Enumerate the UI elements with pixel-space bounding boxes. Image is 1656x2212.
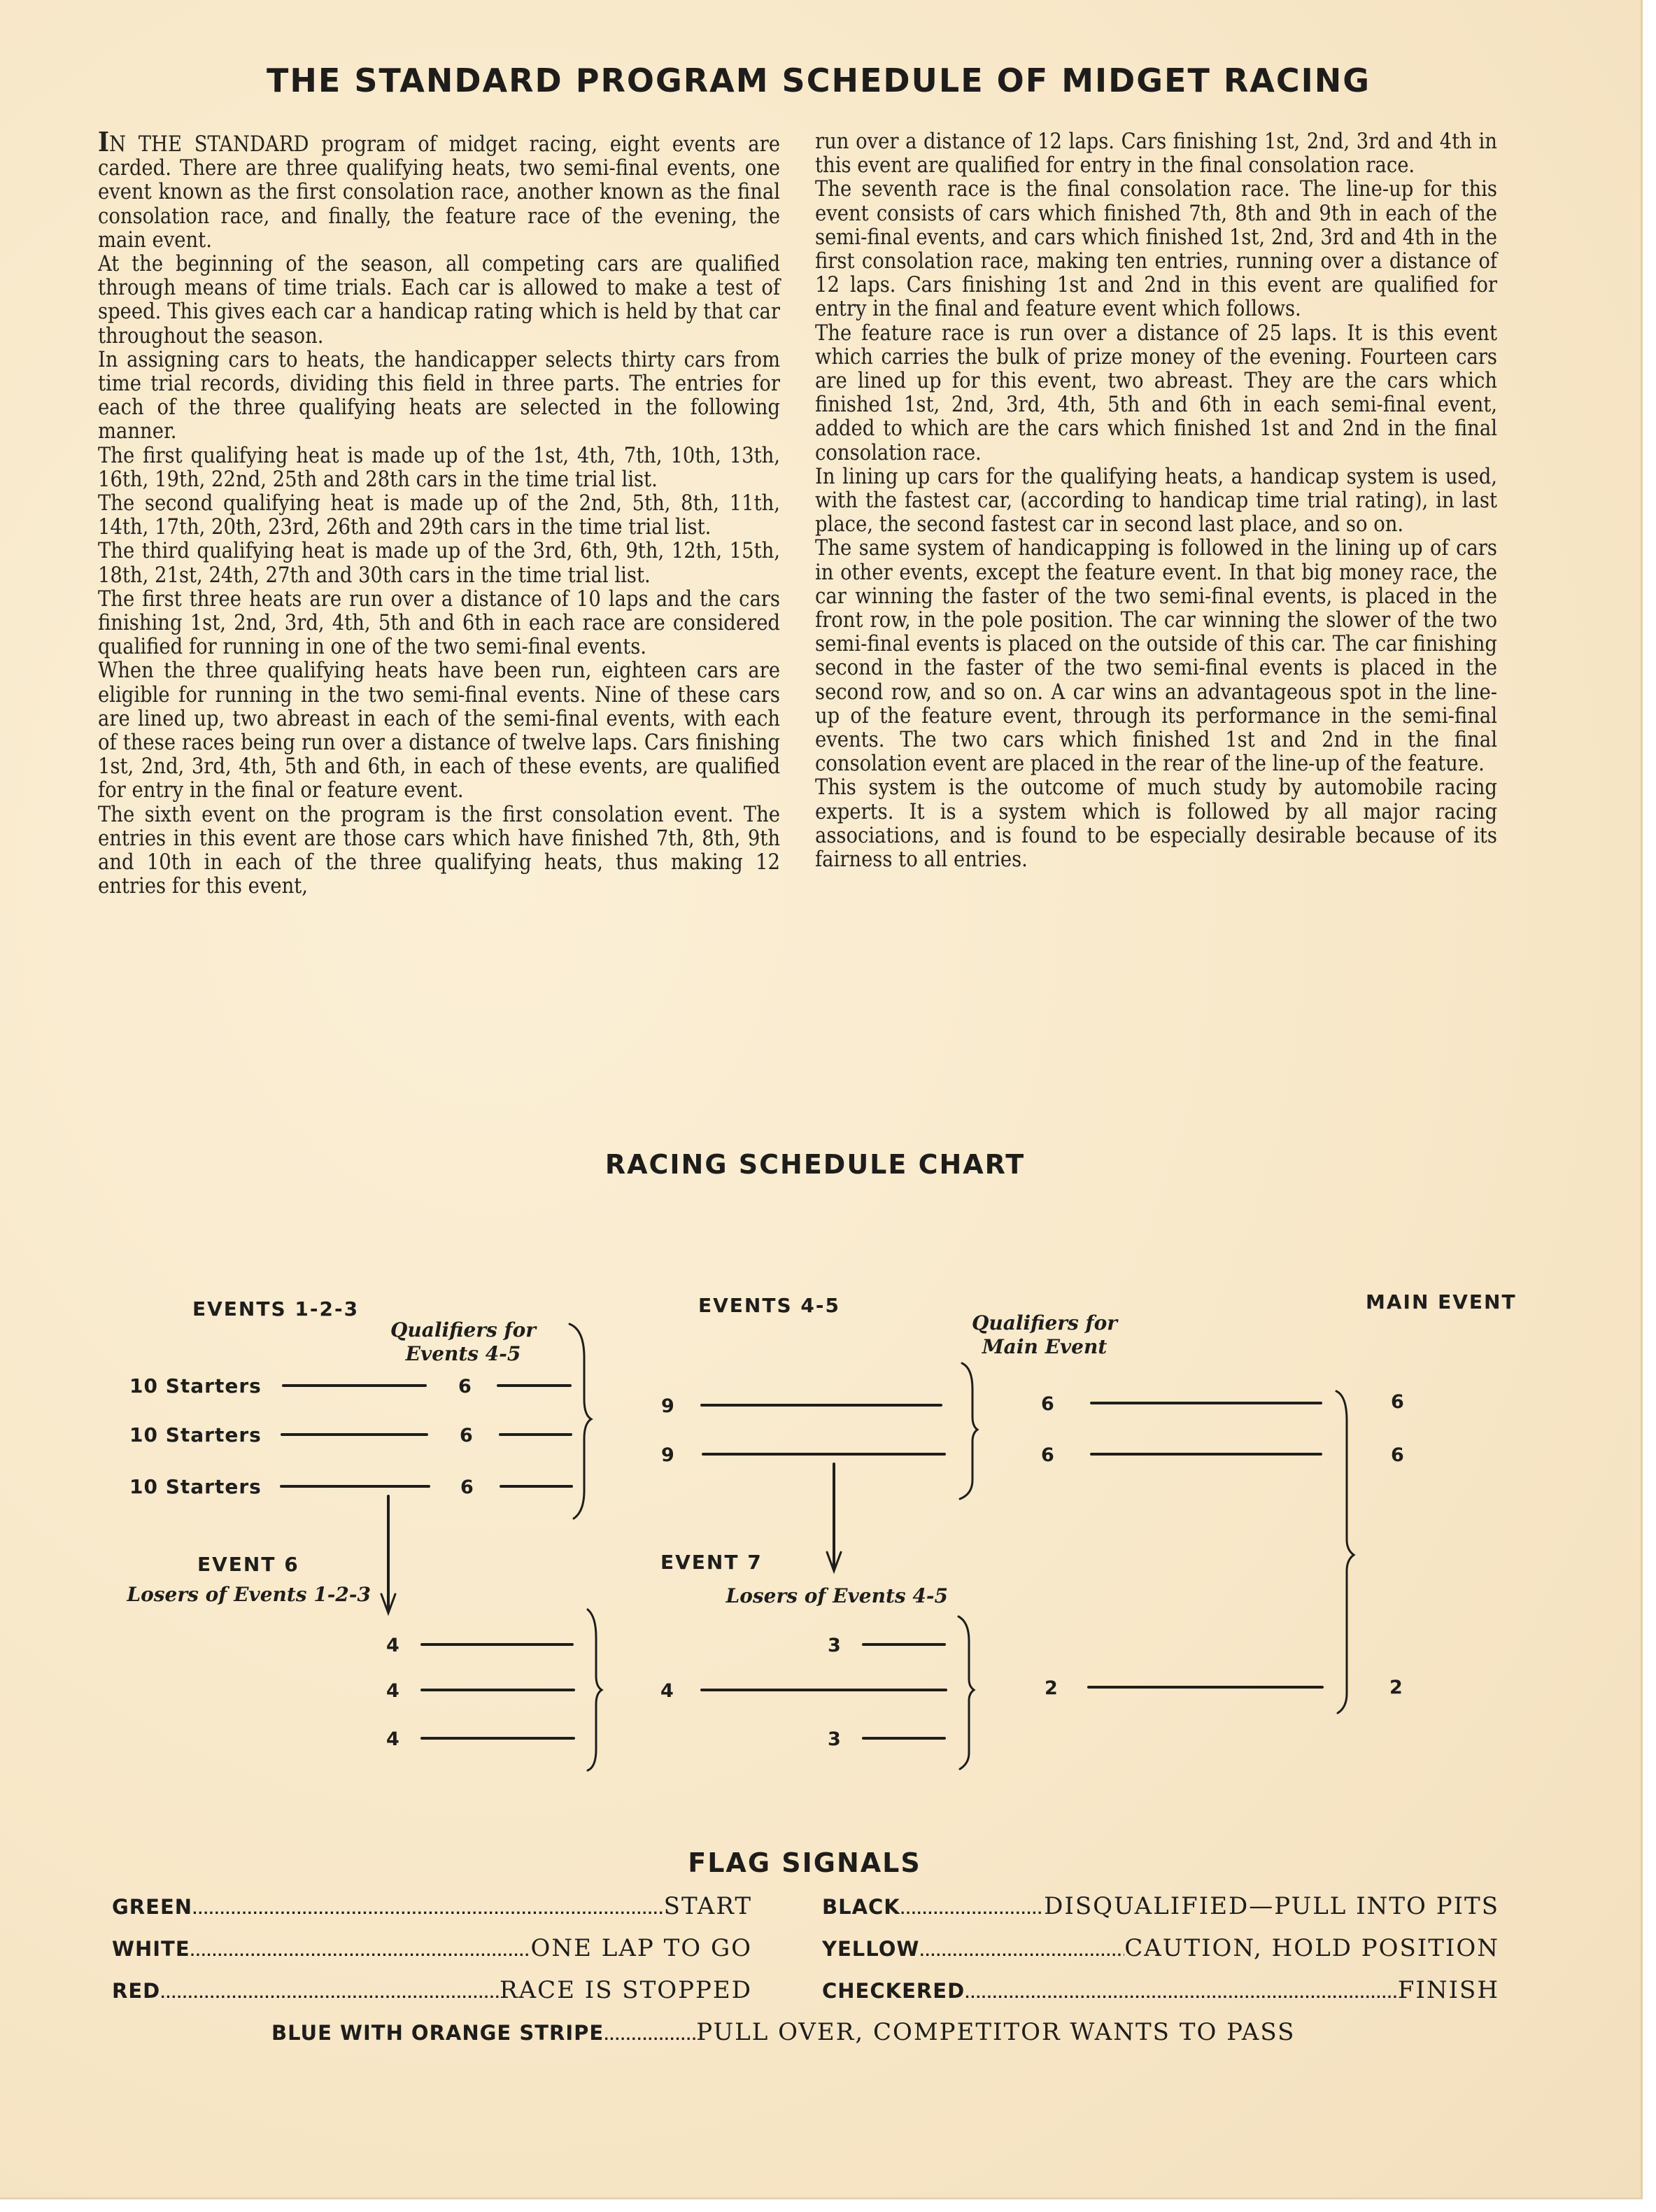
paragraph: The third qualifying heat is made up of … bbox=[98, 540, 780, 587]
paragraph: The same system of handicapping is follo… bbox=[815, 537, 1497, 776]
flag-name: BLUE WITH ORANGE STRIPE bbox=[271, 2021, 604, 2045]
main-event-entries: 6 bbox=[1391, 1444, 1404, 1466]
paragraph: In lining up cars for the qualifying hea… bbox=[815, 465, 1497, 537]
flag-row-yellow: YELLOW CAUTION, HOLD POSITION bbox=[822, 1934, 1499, 1962]
semifinal-entries: 9 bbox=[661, 1444, 674, 1466]
main-event-entries: 6 bbox=[1391, 1391, 1404, 1413]
semifinal-qualifiers: 6 bbox=[1041, 1444, 1054, 1466]
svg-text:Events 4-5: Events 4-5 bbox=[405, 1342, 521, 1365]
flag-row-green: GREEN START bbox=[112, 1892, 752, 1920]
events-4-5-header: EVENTS 4-5 bbox=[698, 1294, 840, 1317]
flag-row-checkered: CHECKERED FINISH bbox=[822, 1976, 1499, 2004]
event-7-from-semifinals: 3 bbox=[828, 1635, 841, 1656]
paragraph: The seventh race is the final consolatio… bbox=[815, 178, 1497, 321]
flag-row-blue-orange: BLUE WITH ORANGE STRIPE PULL OVER, COMPE… bbox=[271, 2018, 1335, 2046]
svg-text:Main Event: Main Event bbox=[982, 1335, 1107, 1358]
leader-dots bbox=[604, 2029, 696, 2043]
article-left-column: IN THE STANDARD program of midget racing… bbox=[98, 130, 780, 899]
paragraph: The first three heats are run over a dis… bbox=[98, 588, 780, 660]
event-7-header: EVENT 7 bbox=[660, 1551, 763, 1574]
event-7-from-event-6: 4 bbox=[660, 1680, 674, 1702]
event-6-entries: 4 bbox=[386, 1680, 399, 1702]
flag-name: GREEN bbox=[112, 1895, 192, 1919]
paragraph: At the beginning of the season, all comp… bbox=[98, 253, 780, 348]
leader-dots bbox=[900, 1903, 1044, 1917]
heat-qualifiers: 6 bbox=[460, 1477, 474, 1498]
leader-dots bbox=[965, 1987, 1398, 2001]
chart-title: RACING SCHEDULE CHART bbox=[0, 1149, 1630, 1180]
heat-qualifiers: 6 bbox=[460, 1425, 473, 1446]
racing-schedule-diagram: EVENTS 1-2-3 EVENTS 4-5 MAIN EVENT EVENT… bbox=[0, 1246, 1656, 1777]
paragraph: The feature race is run over a distance … bbox=[815, 322, 1497, 465]
heat-qualifiers: 6 bbox=[458, 1376, 472, 1397]
paragraph: In assigning cars to heats, the handicap… bbox=[98, 348, 780, 444]
leader-dots bbox=[190, 1945, 531, 1959]
event-7-qualifiers: 2 bbox=[1045, 1677, 1058, 1699]
flag-meaning: RACE IS STOPPED bbox=[500, 1976, 752, 2004]
paragraph: When the three qualifying heats have bee… bbox=[98, 659, 780, 803]
flag-meaning: ONE LAP TO GO bbox=[531, 1934, 752, 1962]
event-6-entries: 4 bbox=[386, 1728, 399, 1750]
flag-row-red: RED RACE IS STOPPED bbox=[112, 1976, 752, 2004]
qualifiers-main-event-caption: Qualifiers for bbox=[972, 1311, 1119, 1334]
flag-name: RED bbox=[112, 1979, 160, 2003]
flag-meaning: START bbox=[664, 1892, 752, 1920]
event-7-from-semifinals: 3 bbox=[828, 1728, 841, 1750]
flag-row-white: WHITE ONE LAP TO GO bbox=[112, 1934, 752, 1962]
paragraph: This system is the outcome of much study… bbox=[815, 776, 1497, 872]
paragraph: run over a distance of 12 laps. Cars fin… bbox=[815, 130, 1497, 178]
flag-name: BLACK bbox=[822, 1895, 900, 1919]
drop-cap: I bbox=[98, 126, 109, 157]
heat-starters: 10 Starters bbox=[129, 1423, 262, 1446]
losers-events-1-2-3-caption: Losers of Events 1-2-3 bbox=[126, 1583, 371, 1606]
heat-starters: 10 Starters bbox=[129, 1475, 262, 1498]
flag-meaning: CAUTION, HOLD POSITION bbox=[1124, 1934, 1499, 1962]
semifinal-qualifiers: 6 bbox=[1041, 1393, 1054, 1415]
flag-name: WHITE bbox=[112, 1937, 190, 1961]
events-1-2-3-header: EVENTS 1-2-3 bbox=[192, 1297, 359, 1320]
leader-dots bbox=[160, 1987, 500, 2001]
flag-signals-title: FLAG SIGNALS bbox=[0, 1847, 1609, 1878]
main-event-header: MAIN EVENT bbox=[1366, 1290, 1517, 1313]
page-title: THE STANDARD PROGRAM SCHEDULE OF MIDGET … bbox=[0, 62, 1637, 99]
paragraph: IN THE STANDARD program of midget racing… bbox=[98, 130, 780, 253]
semifinal-entries: 9 bbox=[661, 1395, 674, 1417]
losers-events-4-5-caption: Losers of Events 4-5 bbox=[726, 1584, 949, 1607]
leader-dots bbox=[919, 1945, 1124, 1959]
flag-row-black: BLACK DISQUALIFIED—PULL INTO PITS bbox=[822, 1892, 1499, 1920]
paragraph: The second qualifying heat is made up of… bbox=[98, 492, 780, 540]
main-event-entries: 2 bbox=[1389, 1677, 1403, 1698]
flag-meaning: FINISH bbox=[1398, 1976, 1499, 2004]
article-right-column: run over a distance of 12 laps. Cars fin… bbox=[815, 130, 1497, 872]
event-6-entries: 4 bbox=[386, 1635, 399, 1656]
heat-starters: 10 Starters bbox=[129, 1374, 262, 1397]
flag-meaning: DISQUALIFIED—PULL INTO PITS bbox=[1044, 1892, 1499, 1920]
paragraph: The sixth event on the program is the fi… bbox=[98, 803, 780, 899]
paragraph: The first qualifying heat is made up of … bbox=[98, 444, 780, 492]
qualifiers-events-4-5-caption: Qualifiers for bbox=[390, 1318, 537, 1341]
flag-name: CHECKERED bbox=[822, 1979, 965, 2003]
leader-dots bbox=[192, 1903, 664, 1917]
event-6-header: EVENT 6 bbox=[197, 1553, 299, 1576]
brace bbox=[569, 1324, 591, 1519]
flag-meaning: PULL OVER, COMPETITOR WANTS TO PASS bbox=[696, 2018, 1295, 2046]
flag-name: YELLOW bbox=[822, 1937, 919, 1961]
